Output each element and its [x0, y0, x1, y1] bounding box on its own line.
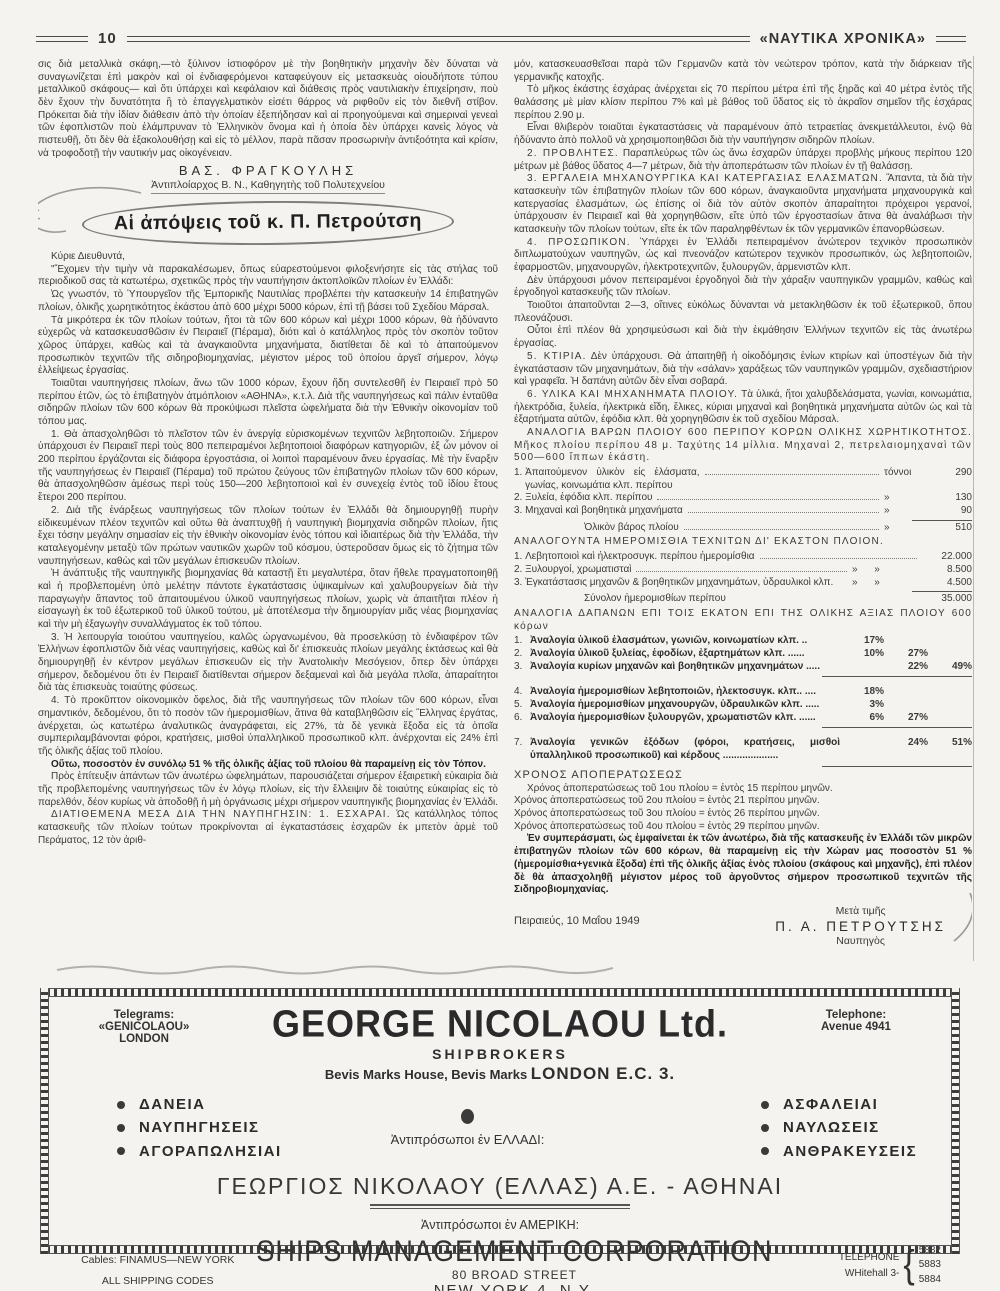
- body-paragraph: Πρὸς ἐπίτευξιν ἁπάντων τῶν ἀνωτέρω ὠφελη…: [38, 771, 498, 809]
- section-caps: 4. ΠΡΟΣΩΠΙΚΟΝ.: [527, 237, 631, 248]
- header-rule-main: [127, 36, 750, 42]
- table-row: 4. Ἀναλογία ἡμερομισθίων λεβητοποιῶν, ἠλ…: [514, 686, 972, 699]
- service-item: ΑΝΘΡΑΚΕΥΣΕΙΣ: [761, 1140, 941, 1163]
- service-label: ΑΝΘΡΑΚΕΥΣΕΙΣ: [783, 1140, 917, 1163]
- telegrams-city: LONDON: [59, 1033, 229, 1045]
- total-value: 510: [928, 522, 972, 535]
- right-column: μόν, κατασκευασθεῖσαι παρὰ τῶν Γερμανῶν …: [514, 59, 972, 975]
- total-value: 35.000: [922, 593, 972, 606]
- center-dot-icon: [461, 1109, 474, 1124]
- body-paragraph: Οὗτοι ἐπὶ πλέον θὰ χρησιμεύσωσι καὶ διὰ …: [514, 325, 972, 350]
- usa-company-block: SHIPS MANAGEMENT CORPORATION 80 BROAD ST…: [256, 1236, 772, 1291]
- body-paragraph: 3. Ἡ λειτουργία τοιούτου ναυπηγείου, καλ…: [38, 632, 498, 695]
- usa-company-name: SHIPS MANAGEMENT CORPORATION: [256, 1234, 772, 1268]
- wages-table: 1. Λεβητοποιοὶ καὶ ἠλεκτροσυγκ. περίπου …: [514, 551, 972, 606]
- section-text: Δὲν ὑπάρχουσι μόνον πεπειραμένοι ἐργοδηγ…: [514, 275, 972, 299]
- bullet-icon: [117, 1124, 125, 1132]
- company-address: Bevis Marks House, Bevis Marks LONDON E.…: [229, 1064, 771, 1084]
- header-rule-right: [936, 36, 966, 42]
- row-number: 3.: [514, 505, 522, 518]
- address-street: Bevis Marks House, Bevis Marks: [325, 1067, 527, 1082]
- dot-leader: [688, 512, 879, 513]
- pen-stroke-mark: [950, 891, 972, 943]
- place-and-date: Πειραιεύς, 10 Μαΐου 1949: [514, 905, 640, 929]
- table-row: 5. Ἀναλογία ἡμερομισθίων μηχανουργῶν, ὑδ…: [514, 699, 972, 712]
- row-value: 8.500: [922, 564, 972, 577]
- body-paragraph: 4. ΠΡΟΣΩΠΙΚΟΝ. Ὑπάρχει ἐν Ἑλλάδι πεπειρα…: [514, 237, 972, 275]
- row-label: Ἀναλογία κυρίων μηχανῶν καὶ βοηθητικῶν μ…: [530, 661, 840, 674]
- usa-tel-number: 5884: [919, 1273, 941, 1288]
- total-label: Ὁλικὸν βάρος πλοίου: [584, 522, 679, 535]
- row-unit: » »: [852, 564, 922, 577]
- dot-leader: [657, 499, 879, 500]
- table-row: 1. Ἀπαιτούμενον ὑλικὸν εἰς ἐλάσματα, γων…: [514, 467, 972, 492]
- section-caps: ΔΙΑΤΙΘΕΜΕΝΑ ΜΕΣΑ ΔΙΑ ΤΗΝ ΝΑΥΠΗΓΗΣΙΝ: 1. …: [51, 809, 391, 820]
- bullet-icon: [117, 1101, 125, 1109]
- table-row: 3. Μηχαναὶ καὶ βοηθητικὰ μηχανήματα » 90: [514, 505, 972, 518]
- row-number: 3.: [514, 577, 522, 590]
- first-article-signature: ΒΑΣ. ΦΡΑΓΚΟΥΛΗΣ Ἀντιπλοίαρχος Β. Ν., Καθ…: [38, 163, 498, 195]
- author-name: ΒΑΣ. ΦΡΑΓΚΟΥΛΗΣ: [38, 163, 498, 180]
- row-label: Ἀναλογία ὑλικοῦ ἐλασμάτων, γωνιῶν, κοινω…: [530, 635, 840, 648]
- row-value: 130: [928, 492, 972, 505]
- table-total-row: Σύνολον ἡμερομισθίων περίπου 35.000: [514, 593, 972, 606]
- table-row: 3. Ἀναλογία κυρίων μηχανῶν καὶ βοηθητικῶ…: [514, 661, 972, 674]
- table-row: 2. Ξυλουργοί, χρωματισταὶ » » 8.500: [514, 564, 972, 577]
- signer-name: Π. Α. ΠΕΤΡΟΥΤΣΗΣ: [775, 918, 946, 935]
- service-item: ΑΓΟΡΑΠΩΛΗΣΙΑΙ: [117, 1140, 294, 1163]
- dot-leader: [636, 571, 847, 572]
- body-paragraph: Τοιοῦτοι ἀπαιτοῦνται 2—3, οἵτινες εὐκόλω…: [514, 300, 972, 325]
- weights-heading-caps: ΑΝΑΛΟΓΙΑ ΒΑΡΩΝ ΠΛΟΙΟΥ 600 ΠΕΡΙΠΟΥ ΚΟΡΩΝ …: [527, 427, 972, 438]
- salutation: Κύριε Διευθυντά,: [38, 251, 498, 264]
- table-row: 7. Ἀναλογία γενικῶν ἐξόδων (φόροι, κρατή…: [514, 737, 972, 762]
- completion-row: Χρόνος ἀποπερατώσεως τοῦ 3ου πλοίου = ἐν…: [514, 808, 972, 821]
- body-paragraph: Τοιαῦται ναυπηγήσεις πλοίων, ἄνω τῶν 100…: [38, 378, 498, 429]
- bullet-icon: [117, 1147, 125, 1155]
- wavy-pen-line: [55, 962, 615, 976]
- row-value: 22.000: [922, 551, 972, 564]
- total-rule: [912, 520, 972, 521]
- row-label: Ἀναλογία ἡμερομισθίων λεβητοποιῶν, ἠλεκτ…: [530, 686, 840, 699]
- section-text: Εἶναι θλιβερὸν τοιαῦται ἐγκαταστάσεις νὰ…: [514, 122, 972, 146]
- table-row: 1. Λεβητοποιοὶ καὶ ἠλεκτροσυγκ. περίπου …: [514, 551, 972, 564]
- row-number: 5.: [514, 699, 530, 712]
- table-row: 3. Ἐγκατάστασις μηχανῶν & βοηθητικῶν μηχ…: [514, 577, 972, 590]
- letter-signature-block: Πειραιεύς, 10 Μαΐου 1949 Μετὰ τιμῆς Π. Α…: [514, 905, 972, 949]
- telephone-value: Avenue 4941: [771, 1021, 941, 1033]
- section-text: Τὸ μῆκος ἑκάστης ἐσχάρας ἀνέρχεται εἰς 7…: [514, 84, 972, 120]
- total-rule: [912, 591, 972, 592]
- row-label: Ξυλουργοί, χρωματισταὶ: [525, 564, 631, 577]
- weights-heading-text: Μῆκος πλοίου περίπου 48 μ. Ταχύτης 14 μί…: [514, 440, 972, 464]
- telephone-label: Telephone:: [771, 1009, 941, 1021]
- usa-telephone-label: TELEPHONE WHitehall 3-: [772, 1250, 899, 1282]
- greek-company-name: ΓΕΩΡΓΙΟΣ ΝΙΚΟΛΑΟΥ (ΕΛΛΑΣ) Α.Ε. - ΑΘΗΝΑΙ: [59, 1173, 941, 1200]
- service-label: ΝΑΥΠΗΓΗΣΕΙΣ: [139, 1116, 260, 1139]
- codes-line: ALL SHIPPING CODES: [59, 1271, 256, 1291]
- headline-block: Αἱ ἀπόψεις τοῦ κ. Π. Πετρούτση: [38, 201, 498, 245]
- body-paragraph: Ὡς γνωστόν, τὸ Ὑπουργεῖον τῆς Ἐμπορικῆς …: [38, 289, 498, 314]
- body-paragraph: ΔΙΑΤΙΘΕΜΕΝΑ ΜΕΣΑ ΔΙΑ ΤΗΝ ΝΑΥΠΗΓΗΣΙΝ: 1. …: [38, 809, 498, 847]
- agents-greece-label: Ἀντιπρόσωποι ἐν ΕΛΛΑΔΙ:: [294, 1132, 641, 1147]
- table-row: 2. Ἀναλογία ὑλικοῦ ξυλείας, ἐφοδίων, ἐξα…: [514, 648, 972, 661]
- row-label: Ἀναλογία ἡμερομισθίων μηχανουργῶν, ὑδραυ…: [530, 699, 840, 712]
- bold-summary-paragraph: Οὕτω, ποσοστὸν ἐν συνόλῳ 51 % τῆς ὁλικῆς…: [38, 759, 498, 772]
- row-number: 1.: [514, 635, 530, 648]
- body-paragraph: Τὰ μικρότερα ἐκ τῶν πλοίων τούτων, ἤτοι …: [38, 315, 498, 378]
- row-label: Ἀναλογία ὑλικοῦ ξυλείας, ἐφοδίων, ἐξαρτη…: [530, 648, 840, 661]
- section-caps: 6. ΥΛΙΚΑ ΚΑΙ ΜΗΧΑΝΗΜΑΤΑ ΠΛΟΙΟΥ.: [527, 389, 738, 400]
- greek-company-rule: [370, 1204, 630, 1209]
- service-item: ΔΑΝΕΙΑ: [117, 1093, 294, 1116]
- ad-header-row: Telegrams: «GENICOLAOU» LONDON GEORGE NI…: [59, 1001, 941, 1084]
- author-title: Ἀντιπλοίαρχος Β. Ν., Καθηγητὴς τοῦ Πολυτ…: [151, 179, 385, 194]
- row-label: Λεβητοποιοὶ καὶ ἠλεκτροσυγκ. περίπου ἡμε…: [525, 551, 754, 564]
- row-label: Μηχαναὶ καὶ βοηθητικὰ μηχανήματα: [525, 505, 683, 518]
- row-value: 290: [928, 467, 972, 480]
- dot-leader: [705, 474, 879, 475]
- pct-col-b: 22%: [884, 661, 928, 674]
- usa-street: 80 BROAD STREET: [256, 1268, 772, 1282]
- bullet-icon: [761, 1101, 769, 1109]
- service-label: ΑΓΟΡΑΠΩΛΗΣΙΑΙ: [139, 1140, 282, 1163]
- page-header: 10 «ΝΑΥΤΙΚΑ ΧΡΟΝΙΚΑ»: [36, 30, 966, 47]
- body-paragraph: Δὲν ὑπάρχουσι μόνον πεπειραμένοι ἐργοδηγ…: [514, 275, 972, 300]
- body-paragraph: σις διὰ μεταλλικὰ σκάφη,—τὸ ξύλινον ἱστι…: [38, 59, 498, 161]
- header-rule-left: [36, 36, 88, 42]
- row-number: 1.: [514, 551, 522, 564]
- usa-city: NEW YORK 4, N.Y.: [256, 1282, 772, 1291]
- pct-col-c: 49%: [928, 661, 972, 674]
- services-right: ΑΣΦΑΛΕΙΑΙ ΝΑΥΛΩΣΕΙΣ ΑΝΘΡΑΚΕΥΣΕΙΣ: [641, 1093, 941, 1163]
- body-paragraph: 1. Θὰ ἀπασχοληθῶσι τὸ πλεῖστον τῶν ἐν ἀν…: [38, 429, 498, 505]
- services-left: ΔΑΝΕΙΑ ΝΑΥΠΗΓΗΣΕΙΣ ΑΓΟΡΑΠΩΛΗΣΙΑΙ: [59, 1093, 294, 1163]
- usa-tel-number: 5883: [919, 1258, 941, 1273]
- subtotal-rule: [822, 727, 972, 728]
- body-paragraph: 2. ΠΡΟΒΛΗΤΕΣ. Παραπλεύρως τῶν ὡς ἄνω ἐσχ…: [514, 148, 972, 173]
- service-item: ΝΑΥΛΩΣΕΙΣ: [761, 1116, 941, 1139]
- pct-col-a: 3%: [840, 699, 884, 712]
- ad-border-left: [40, 988, 49, 1254]
- usa-row: Cables: FINAMUS—NEW YORK ALL SHIPPING CO…: [59, 1236, 941, 1291]
- pct-col-a: 17%: [840, 635, 884, 648]
- row-unit: » »: [852, 577, 922, 590]
- pct-col-a: 6%: [840, 712, 884, 725]
- row-number: 2.: [514, 492, 522, 505]
- pct-col-c: 51%: [928, 737, 972, 750]
- grand-total-rule: [822, 766, 972, 767]
- bullet-icon: [761, 1124, 769, 1132]
- company-name: GEORGE NICOLAOU Ltd.: [229, 1002, 771, 1046]
- body-paragraph: 2. Διὰ τῆς ἐνάρξεως ναυπηγήσεως τῶν πλοί…: [38, 505, 498, 568]
- body-paragraph: 6. ΥΛΙΚΑ ΚΑΙ ΜΗΧΑΝΗΜΑΤΑ ΠΛΟΙΟΥ. Τὰ ὑλικά…: [514, 389, 972, 427]
- service-label: ΝΑΥΛΩΣΕΙΣ: [783, 1116, 880, 1139]
- row-unit: »: [884, 505, 928, 518]
- section-text: Οὗτοι ἐπὶ πλέον θὰ χρησιμεύσωσι καὶ διὰ …: [514, 325, 972, 349]
- services-row: ΔΑΝΕΙΑ ΝΑΥΠΗΓΗΣΕΙΣ ΑΓΟΡΑΠΩΛΗΣΙΑΙ Ἀντιπρό…: [59, 1093, 941, 1163]
- table-row: 1. Ἀναλογία ὑλικοῦ ἐλασμάτων, γωνιῶν, κο…: [514, 635, 972, 648]
- total-unit: »: [884, 522, 928, 535]
- cables-block: Cables: FINAMUS—NEW YORK ALL SHIPPING CO…: [59, 1236, 256, 1291]
- body-paragraph: "Ἔχομεν τὴν τιμὴν νὰ παρακαλέσωμεν, ὅπως…: [38, 264, 498, 289]
- advertisement: Telegrams: «GENICOLAOU» LONDON GEORGE NI…: [40, 988, 960, 1254]
- row-number: 7.: [514, 737, 530, 750]
- ad-border-top: [40, 988, 960, 997]
- telegrams-block: Telegrams: «GENICOLAOU» LONDON: [59, 1001, 229, 1045]
- ad-border-right: [951, 988, 960, 1254]
- article-columns: σις διὰ μεταλλικὰ σκάφη,—τὸ ξύλινον ἱστι…: [38, 59, 972, 975]
- section-text: Τοιοῦτοι ἀπαιτοῦνται 2—3, οἵτινες εὐκόλω…: [514, 300, 972, 324]
- usa-telephone-numbers: 5882 5883 5884: [919, 1244, 941, 1288]
- page-number: 10: [98, 30, 117, 47]
- subtotal-rule: [822, 676, 972, 677]
- row-label: Ἀναλογία ἡμερομισθίων ξυλουργῶν, χρωματι…: [530, 712, 840, 725]
- usa-tel-number: 5882: [919, 1244, 941, 1259]
- cost-pct-table: 1. Ἀναλογία ὑλικοῦ ἐλασμάτων, γωνιῶν, κο…: [514, 635, 972, 767]
- completion-row: Χρόνος ἀποπερατώσεως τοῦ 2ου πλοίου = ἐν…: [514, 795, 972, 808]
- weights-heading: ΑΝΑΛΟΓΙΑ ΒΑΡΩΝ ΠΛΟΙΟΥ 600 ΠΕΡΙΠΟΥ ΚΟΡΩΝ …: [514, 427, 972, 465]
- completion-heading: ΧΡΟΝΟΣ ΑΠΟΠΕΡΑΤΩΣΕΩΣ: [514, 769, 972, 783]
- services-center: Ἀντιπρόσωποι ἐν ΕΛΛΑΔΙ:: [294, 1093, 641, 1163]
- row-number: 6.: [514, 712, 530, 725]
- body-paragraph: 3. ΕΡΓΑΛΕΙΑ ΜΗΧΑΝΟΥΡΓΙΚΑ ΚΑΙ ΚΑΤΕΡΓΑΣΙΑΣ…: [514, 173, 972, 236]
- telegrams-label: Telegrams:: [59, 1009, 229, 1021]
- row-number: 2.: [514, 648, 530, 661]
- pct-col-b: 24%: [884, 737, 928, 750]
- section-text: μόν, κατασκευασθεῖσαι παρὰ τῶν Γερμανῶν …: [514, 59, 972, 83]
- service-label: ΑΣΦΑΛΕΙΑΙ: [783, 1093, 878, 1116]
- service-item: ΑΣΦΑΛΕΙΑΙ: [761, 1093, 941, 1116]
- body-paragraph: Εἶναι θλιβερὸν τοιαῦται ἐγκαταστάσεις νὰ…: [514, 122, 972, 147]
- company-role: SHIPBROKERS: [229, 1046, 771, 1062]
- completion-row: Χρόνος ἀποπερατώσεως τοῦ 4ου πλοίου = ἐν…: [514, 821, 972, 834]
- signer-title: Ναυπηγὸς: [775, 935, 946, 948]
- ad-company-block: GEORGE NICOLAOU Ltd. SHIPBROKERS Bevis M…: [229, 1001, 771, 1084]
- pct-col-b: 27%: [884, 712, 928, 725]
- usa-telephone-block: TELEPHONE WHitehall 3- { 5882 5883 5884: [772, 1236, 941, 1288]
- usa-tel-word: TELEPHONE: [772, 1250, 899, 1266]
- bullet-icon: [761, 1147, 769, 1155]
- body-paragraph: 5. ΚΤΙΡΙΑ. Δὲν ὑπάρχουσι. Θὰ ἀπαιτηθῇ ἡ …: [514, 351, 972, 389]
- pct-col-a: 18%: [840, 686, 884, 699]
- total-label: Σύνολον ἡμερομισθίων περίπου: [584, 593, 922, 606]
- row-label: Ξυλεία, ἐφόδια κλπ. περίπου: [525, 492, 652, 505]
- agents-usa-label: Ἀντιπρόσωποι ἐν ΑΜΕΡΙΚΗ:: [59, 1218, 941, 1232]
- service-item: ΝΑΥΠΗΓΗΣΕΙΣ: [117, 1116, 294, 1139]
- usa-tel-exchange: WHitehall 3-: [772, 1266, 899, 1282]
- body-paragraph: μόν, κατασκευασθεῖσαι παρὰ τῶν Γερμανῶν …: [514, 59, 972, 84]
- body-paragraph: Τὸ μῆκος ἑκάστης ἐσχάρας ἀνέρχεται εἰς 7…: [514, 84, 972, 122]
- pct-col-a: 10%: [840, 648, 884, 661]
- row-number: 2.: [514, 564, 522, 577]
- dot-leader: [684, 529, 879, 530]
- signature: Μετὰ τιμῆς Π. Α. ΠΕΤΡΟΥΤΣΗΣ Ναυπηγὸς: [775, 905, 972, 949]
- service-label: ΔΑΝΕΙΑ: [139, 1093, 205, 1116]
- cost-pct-heading: ΑΝΑΛΟΓΙΑ ΔΑΠΑΝΩΝ ΕΠΙ ΤΟΙΣ ΕΚΑΤΟΝ ΕΠΙ ΤΗΣ…: [514, 608, 972, 633]
- table-row: 2. Ξυλεία, ἐφόδια κλπ. περίπου » 130: [514, 492, 972, 505]
- section-caps: 3. ΕΡΓΑΛΕΙΑ ΜΗΧΑΝΟΥΡΓΙΚΑ ΚΑΙ ΚΑΤΕΡΓΑΣΙΑΣ…: [527, 173, 883, 184]
- headline-oval: Αἱ ἀπόψεις τοῦ κ. Π. Πετρούτση: [82, 200, 454, 247]
- completion-row: Χρόνος ἀποπερατώσεως τοῦ 1ου πλοίου = ἐν…: [514, 783, 972, 796]
- row-value: 90: [928, 505, 972, 518]
- row-unit: »: [884, 492, 928, 505]
- section-caps: 5. ΚΤΙΡΙΑ.: [527, 351, 587, 362]
- cables-line: Cables: FINAMUS—NEW YORK: [59, 1250, 256, 1271]
- row-number: 4.: [514, 686, 530, 699]
- closing-phrase: Μετὰ τιμῆς: [775, 905, 946, 918]
- row-label: Ἐγκατάστασις μηχανῶν & βοηθητικῶν μηχανη…: [525, 577, 852, 590]
- left-column: σις διὰ μεταλλικὰ σκάφη,—τὸ ξύλινον ἱστι…: [38, 59, 498, 975]
- conclusion-paragraph: Ἐν συμπεράσματι, ὡς ἐμφαίνεται ἐκ τῶν ἀν…: [514, 833, 972, 896]
- row-unit: τόννοι: [884, 467, 928, 480]
- row-number: 1.: [514, 467, 522, 480]
- body-paragraph: 4. Τὸ προκῦπτον οἰκονομικὸν ὄφελος, διὰ …: [38, 695, 498, 758]
- masthead-title: «ΝΑΥΤΙΚΑ ΧΡΟΝΙΚΑ»: [760, 31, 926, 47]
- table-row: 6. Ἀναλογία ἡμερομισθίων ξυλουργῶν, χρωμ…: [514, 712, 972, 725]
- wages-heading: ΑΝΑΛΟΓΟΥΝΤΑ ΗΜΕΡΟΜΙΣΘΙΑ ΤΕΧΝΙΤΩΝ ΔΙ' ΕΚΑ…: [514, 536, 972, 549]
- row-label: Ἀπαιτούμενον ὑλικὸν εἰς ἐλάσματα, γωνίας…: [525, 467, 699, 492]
- row-label: Ἀναλογία γενικῶν ἐξόδων (φόροι, κρατήσει…: [530, 737, 840, 762]
- magazine-page: 10 «ΝΑΥΤΙΚΑ ΧΡΟΝΙΚΑ» σις διὰ μεταλλικὰ σ…: [0, 0, 1000, 1291]
- table-total-row: Ὁλικὸν βάρος πλοίου » 510: [514, 522, 972, 535]
- article-headline: Αἱ ἀπόψεις τοῦ κ. Π. Πετρούτση: [114, 210, 422, 235]
- row-value: 4.500: [922, 577, 972, 590]
- brace-glyph: {: [903, 1243, 914, 1288]
- address-city: LONDON E.C. 3.: [531, 1064, 675, 1083]
- page-edge-rule: [973, 56, 975, 961]
- ad-content: Telegrams: «GENICOLAOU» LONDON GEORGE NI…: [49, 997, 951, 1245]
- body-paragraph: Ἡ ἀνάπτυξις τῆς ναυπηγικῆς βιομηχανίας θ…: [38, 568, 498, 631]
- weights-table: 1. Ἀπαιτούμενον ὑλικὸν εἰς ἐλάσματα, γων…: [514, 467, 972, 534]
- pct-col-b: 27%: [884, 648, 928, 661]
- row-number: 3.: [514, 661, 530, 674]
- section-caps: 2. ΠΡΟΒΛΗΤΕΣ.: [527, 148, 619, 159]
- dot-leader: [760, 558, 917, 559]
- telegrams-value: «GENICOLAOU»: [59, 1021, 229, 1033]
- telephone-block: Telephone: Avenue 4941: [771, 1001, 941, 1033]
